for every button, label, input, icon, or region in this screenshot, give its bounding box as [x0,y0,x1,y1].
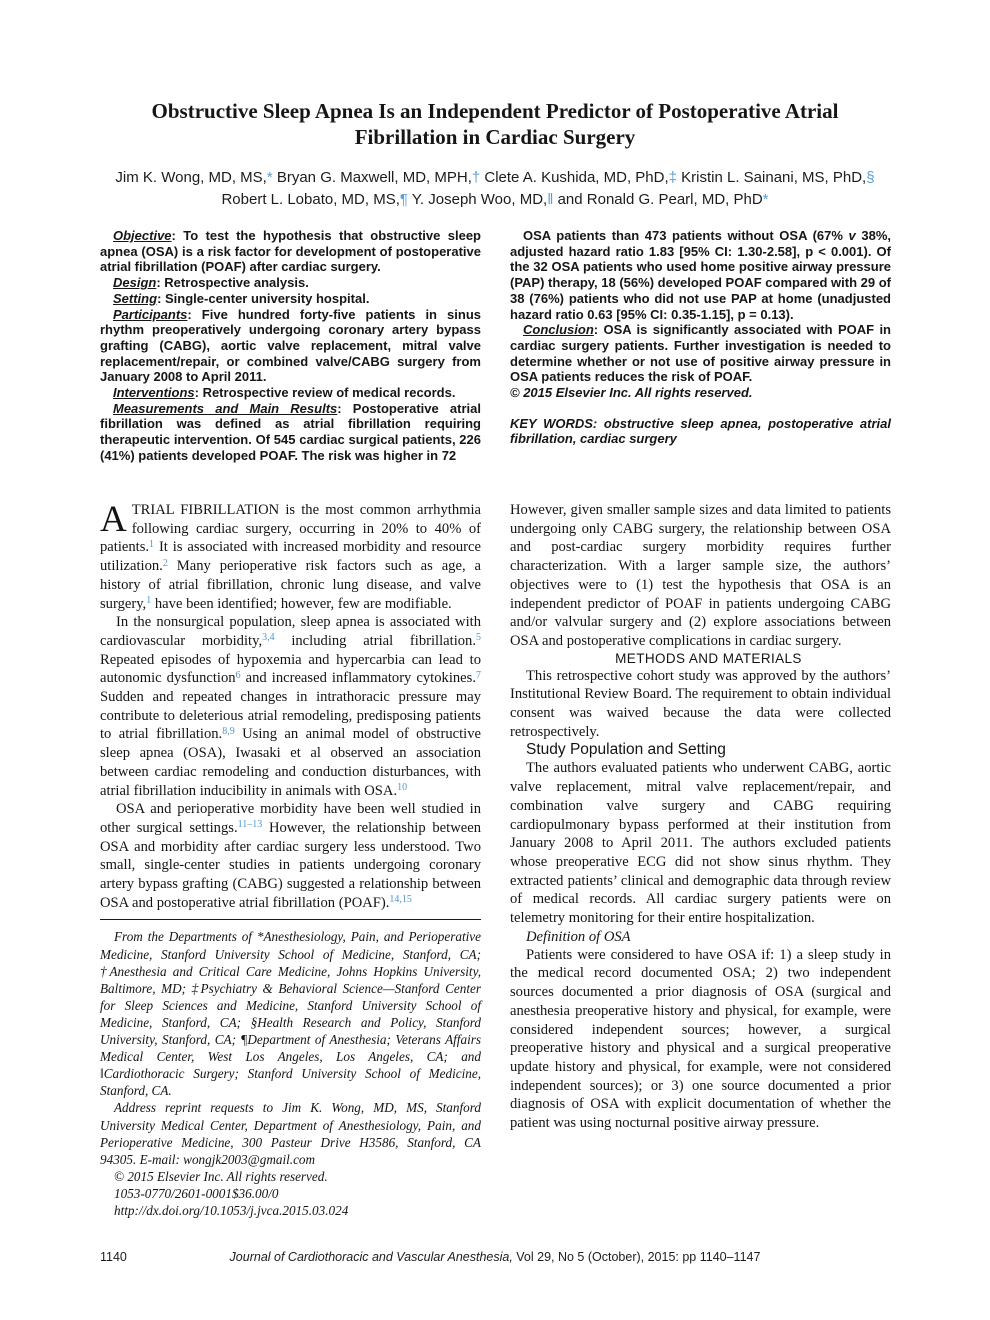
citation-reference[interactable]: 1 [149,539,154,550]
footnote-paragraph: From the Departments of *Anesthesiology,… [100,928,481,1099]
page-number: 1140 [100,1250,127,1264]
text-segment: : Retrospective review of medical record… [195,385,456,400]
abstract-paragraph: Conclusion: OSA is significantly associa… [510,322,891,385]
body-paragraph: In the nonsurgical population, sleep apn… [100,613,481,800]
text-segment: Bryan G. Maxwell, MD, MPH, [273,169,472,186]
citation-reference[interactable]: 8,9 [222,726,235,737]
text-segment: Robert L. Lobato, MD, MS, [221,191,399,208]
intro-text: TRIAL FIBRILLATION is the most common ar… [100,502,481,612]
text-segment: Objective [113,228,172,243]
text-segment: : Retrospective analysis. [156,275,308,290]
affiliation-symbol: † [472,169,480,186]
text-segment: Clete A. Kushida, MD, PhD, [480,169,668,186]
subsection-heading-study-population: Study Population and Setting [510,741,891,759]
text-segment: and Ronald G. Pearl, MD, PhD [553,191,762,208]
body-paragraph: OSA and perioperative morbidity have bee… [100,800,481,912]
footnote-paragraph: Address reprint requests to Jim K. Wong,… [100,1099,481,1167]
footnote-paragraph: © 2015 Elsevier Inc. All rights reserved… [100,1168,481,1185]
author-line1: Jim K. Wong, MD, MS,* Bryan G. Maxwell, … [100,167,890,189]
footnote-paragraph: http://dx.doi.org/10.1053/j.jvca.2015.03… [100,1202,481,1219]
body-paragraph: The authors evaluated patients who under… [510,759,891,927]
body-paragraph-intro: ATRIAL FIBRILLATION is the most common a… [100,501,481,613]
text-segment: Design [113,275,156,290]
abstract-paragraph: Setting: Single-center university hospit… [100,291,481,307]
text-segment: OSA patients than 473 patients without O… [523,228,849,243]
affiliation-symbol: § [866,169,874,186]
affiliation-symbol: ‡ [669,169,677,186]
body-right-column: However, given smaller sample sizes and … [510,501,891,1133]
abstract-left-column: Objective: To test the hypothesis that o… [100,228,481,464]
paper-header: Obstructive Sleep Apnea Is an Independen… [100,98,890,211]
citation-reference[interactable]: 2 [163,558,168,569]
abstract-paragraph: Measurements and Main Results: Postopera… [100,401,481,464]
paper-page: Obstructive Sleep Apnea Is an Independen… [0,0,990,1320]
text-segment: v [849,228,856,243]
drop-cap: A [100,501,132,535]
text-segment: Kristin L. Sainani, MS, PhD, [677,169,866,186]
affiliation-symbol: * [763,191,769,208]
citation-reference[interactable]: 6 [236,670,241,681]
text-segment: Jim K. Wong, MD, MS, [115,169,266,186]
journal-citation: Journal of Cardiothoracic and Vascular A… [100,1250,890,1264]
paper-title-line1: Obstructive Sleep Apnea Is an Independen… [100,98,890,124]
body-paragraph: Patients were considered to have OSA if:… [510,946,891,1133]
abstract-paragraph: Design: Retrospective analysis. [100,275,481,291]
text-segment: Participants [113,307,187,322]
text-segment: Measurements and Main Results [113,401,337,416]
abstract-paragraph: Interventions: Retrospective review of m… [100,385,481,401]
paper-title-line2: Fibrillation in Cardiac Surgery [100,124,890,150]
affiliation-symbol: ¶ [400,191,408,208]
text-segment: Journal of Cardiothoracic and Vascular A… [230,1250,513,1264]
text-segment: Vol 29, No 5 (October), 2015: pp 1140–11… [513,1250,761,1264]
citation-reference[interactable]: 7 [476,670,481,681]
footnotes-block: From the Departments of *Anesthesiology,… [100,928,481,1219]
author-list: Jim K. Wong, MD, MS,* Bryan G. Maxwell, … [100,167,890,211]
footnote-divider [100,919,481,920]
text-segment: and increased inflammatory cytokines. [241,670,476,686]
section-heading-methods: METHODS AND MATERIALS [510,651,891,667]
text-segment: Y. Joseph Woo, MD, [408,191,547,208]
subsection-heading-definition-osa: Definition of OSA [510,928,891,946]
citation-reference[interactable]: 1 [146,595,151,606]
text-segment: have been identified; however, few are m… [151,596,451,612]
abstract-keywords: KEY WORDS: obstructive sleep apnea, post… [510,416,891,447]
text-segment: including atrial fibrillation. [275,633,476,649]
paper-title: Obstructive Sleep Apnea Is an Independen… [100,98,890,150]
abstract-paragraph: Participants: Five hundred forty-five pa… [100,307,481,386]
abstract-paragraph: OSA patients than 473 patients without O… [510,228,891,322]
author-line2: Robert L. Lobato, MD, MS,¶ Y. Joseph Woo… [100,189,890,211]
page-footer: 1140 Journal of Cardiothoracic and Vascu… [100,1250,890,1264]
body-paragraph: This retrospective cohort study was appr… [510,667,891,742]
body-paragraph: However, given smaller sample sizes and … [510,501,891,651]
abstract-right-column: OSA patients than 473 patients without O… [510,228,891,447]
citation-reference[interactable]: 14,15 [389,894,412,905]
text-segment: Setting [113,291,157,306]
citation-reference[interactable]: 10 [397,782,407,793]
abstract-paragraph: Objective: To test the hypothesis that o… [100,228,481,275]
citation-reference[interactable]: 3,4 [262,632,275,643]
text-segment: Interventions [113,385,195,400]
citation-reference[interactable]: 5 [476,632,481,643]
footnote-paragraph: 1053-0770/2601-0001$36.00/0 [100,1185,481,1202]
text-segment: Conclusion [523,322,594,337]
citation-reference[interactable]: 11–13 [238,819,263,830]
text-segment: : Single-center university hospital. [157,291,369,306]
body-left-column: ATRIAL FIBRILLATION is the most common a… [100,501,481,1219]
abstract-copyright: © 2015 Elsevier Inc. All rights reserved… [510,385,891,401]
